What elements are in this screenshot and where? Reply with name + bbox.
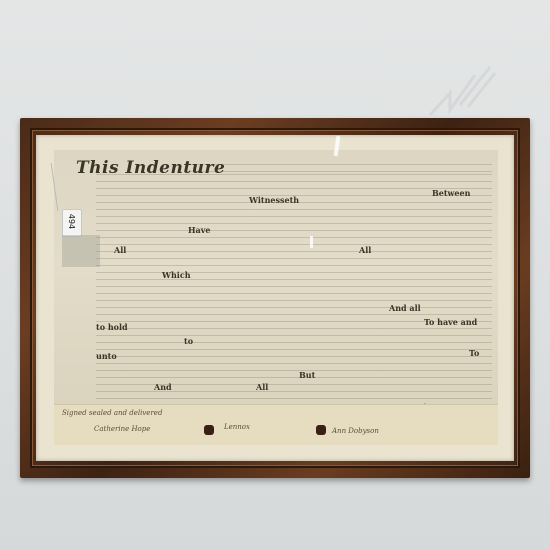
lot-number: 494 [67,214,76,229]
signature: Lennox [224,423,250,431]
glass-glare [310,236,313,248]
keyword: All [359,245,371,255]
keyword: And [154,382,172,392]
wax-seal [204,425,214,435]
keyword: All [256,382,268,392]
keyword: Between [432,188,470,198]
signature: Ann Dobyson [332,427,379,435]
keyword: to hold [96,322,128,332]
watermark-logo [420,55,500,125]
keyword: To [469,348,479,358]
signature: Catherine Hope [94,425,150,433]
keyword: Which [162,270,191,280]
keyword: Have [188,225,210,235]
keyword: But [299,370,315,380]
picture-frame: This Indenture Witnesseth Between Have A… [20,118,530,478]
mat-board: This Indenture Witnesseth Between Have A… [36,135,514,461]
glass-reflection-patch [62,235,100,267]
keyword: Witnesseth [249,195,299,205]
keyword: unto [96,351,117,361]
indenture-document: This Indenture Witnesseth Between Have A… [54,150,498,445]
signature-strip: Signed sealed and delivered Catherine Ho… [54,404,498,445]
keyword: To have and [424,317,477,327]
wax-seal [316,425,326,435]
signature: Signed sealed and delivered [62,409,162,417]
keyword: to [184,336,193,346]
document-title: This Indenture [76,158,225,178]
keyword: And all [389,303,421,313]
lot-tag: 494 [62,209,82,237]
keyword: All [114,245,126,255]
